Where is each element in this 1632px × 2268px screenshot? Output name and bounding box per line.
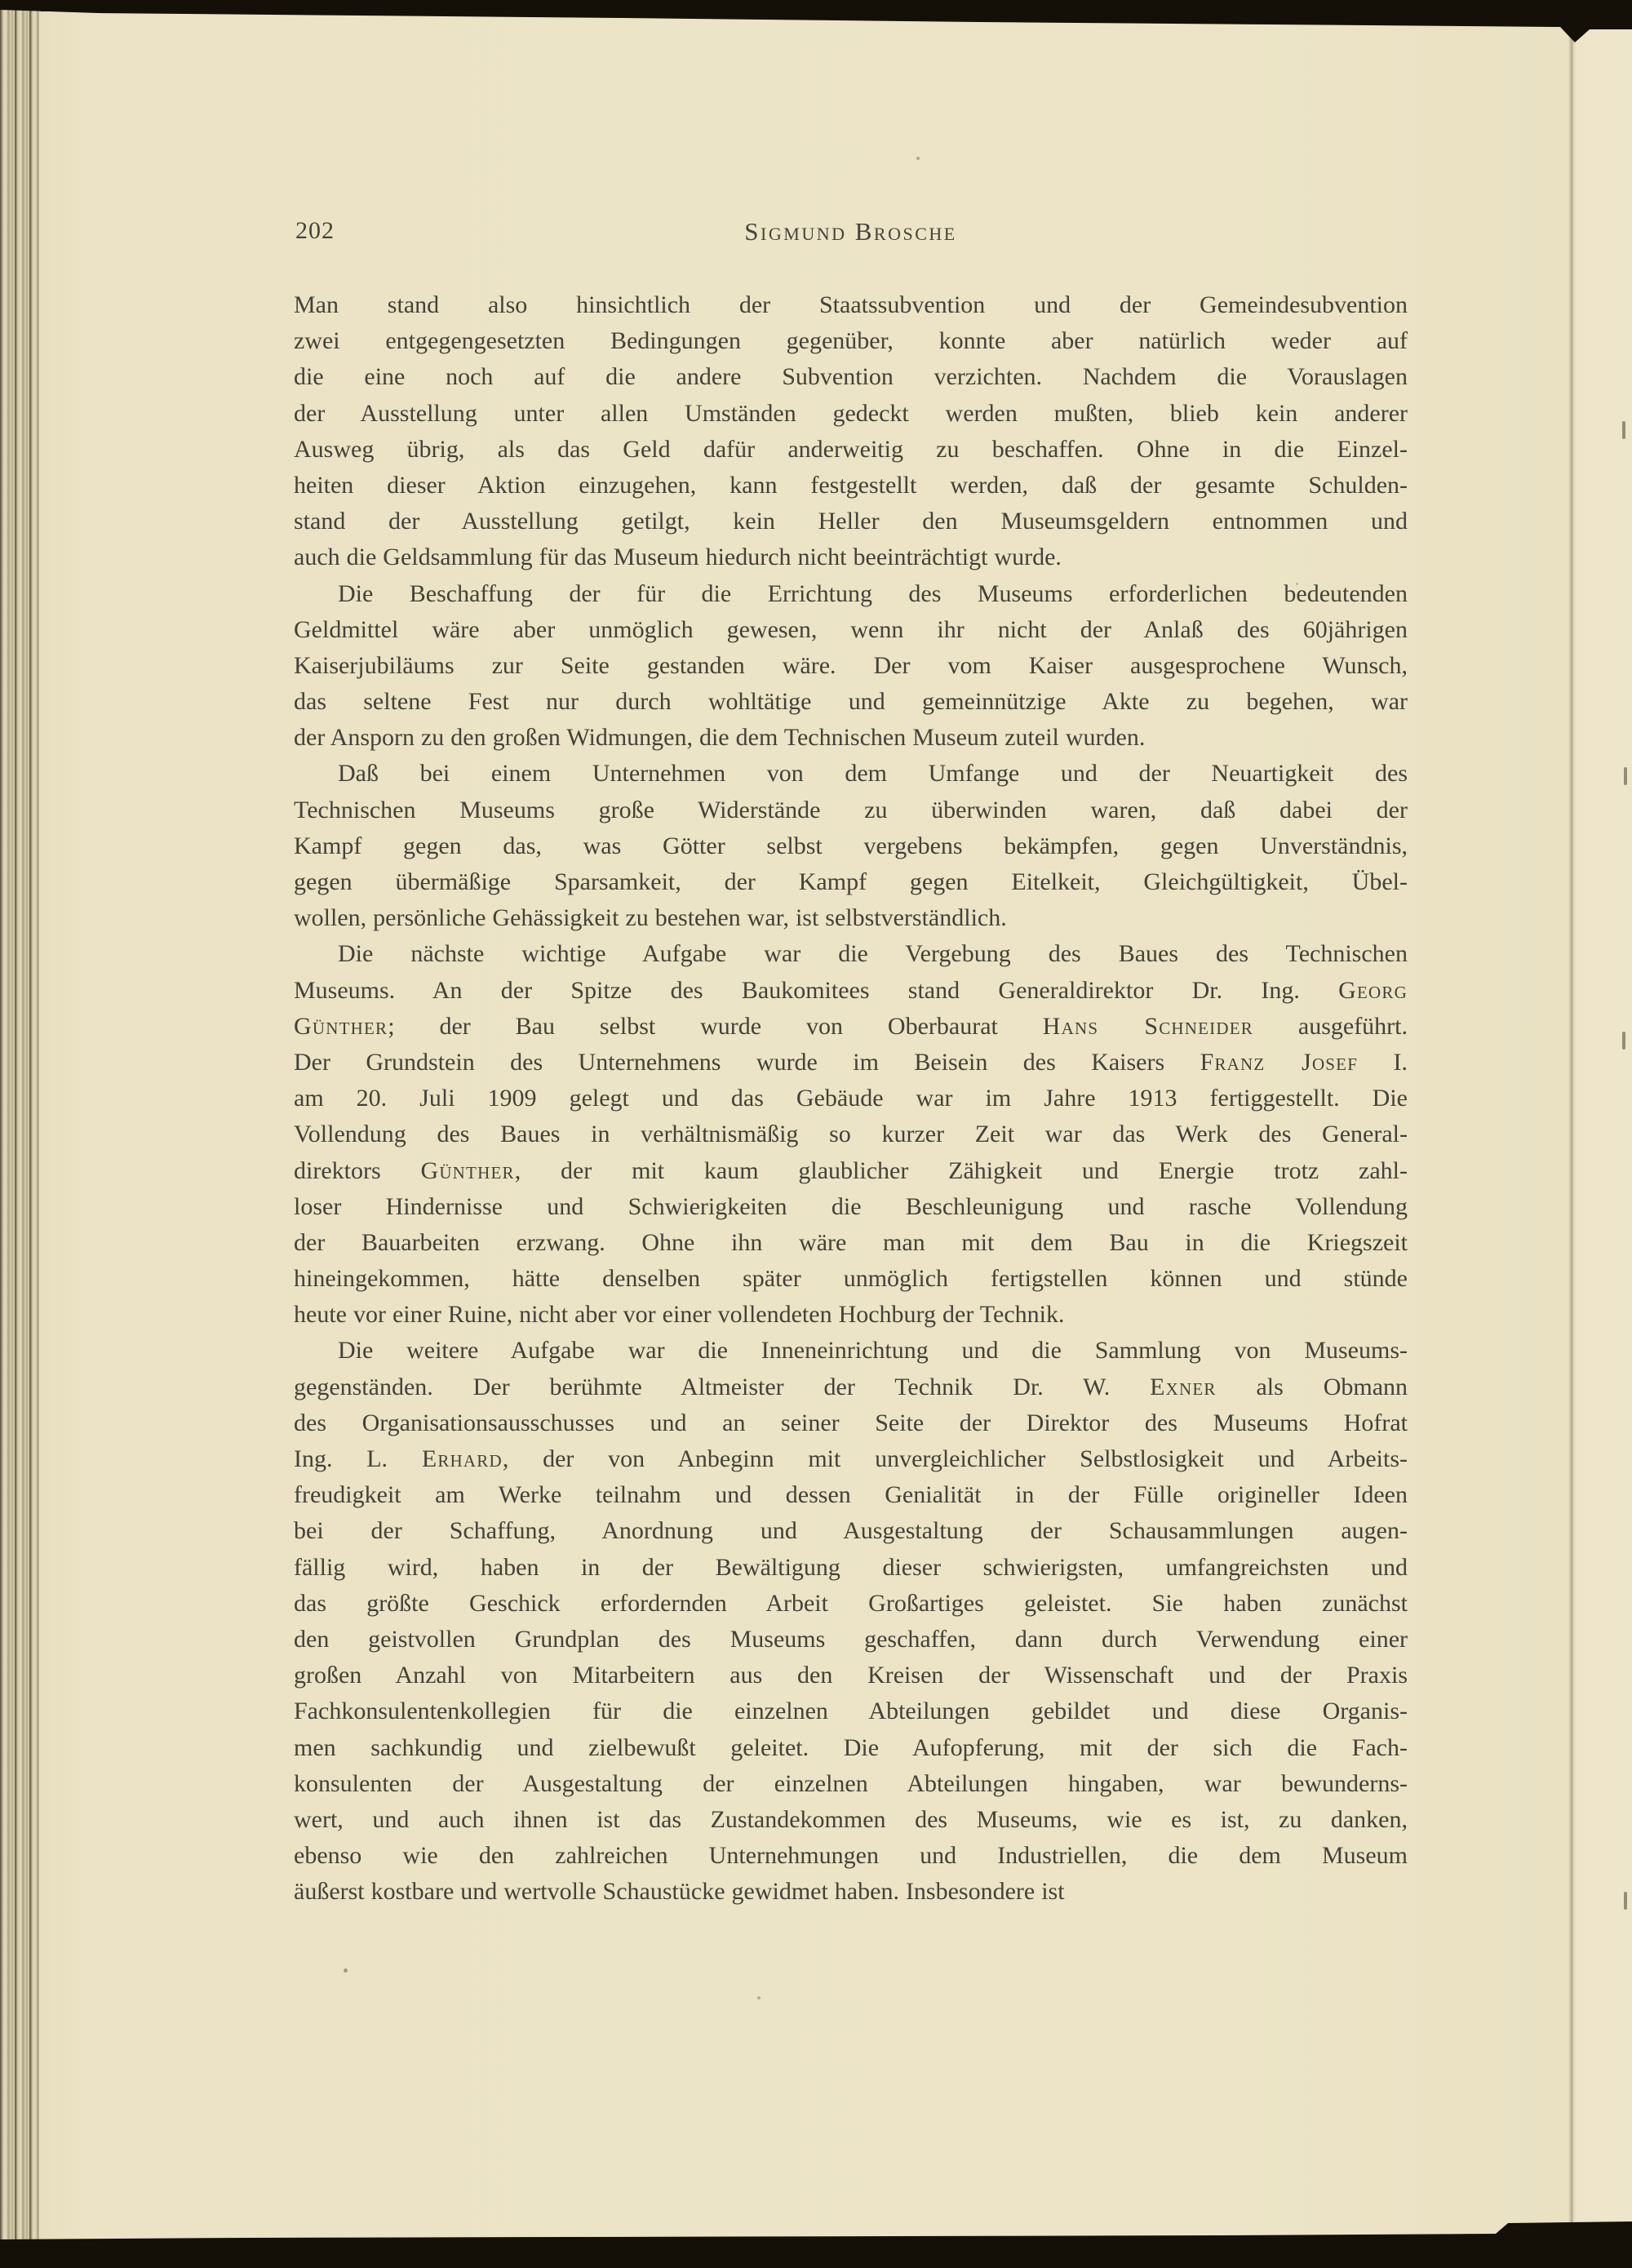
text-line: Man stand also hinsichtlich der Staatssu…	[294, 287, 1408, 323]
text-line: Ausweg übrig, als das Geld dafür anderwe…	[294, 432, 1408, 468]
text-line: die eine noch auf die andere Subvention …	[294, 359, 1408, 395]
text-line: Die weitere Aufgabe war die Inneneinrich…	[294, 1333, 1408, 1369]
page-paper: 202 Sigmund Brosche Man stand also hinsi…	[39, 11, 1632, 2241]
scan-edge-mark	[1624, 1892, 1627, 1910]
text-line: Daß bei einem Unternehmen von dem Umfang…	[294, 756, 1408, 792]
scan-edge-mark	[1624, 767, 1627, 785]
text-line: Günther; der Bau selbst wurde von Oberba…	[294, 1009, 1408, 1045]
text-line: fällig wird, haben in der Bewältigung di…	[294, 1550, 1408, 1586]
text-line: konsulenten der Ausgestaltung der einzel…	[294, 1766, 1408, 1802]
text-line: der Ausstellung unter allen Umständen ge…	[294, 396, 1408, 432]
scan-speck	[916, 157, 920, 160]
scan-speck	[757, 1996, 761, 1999]
text-line: gegenständen. Der berühmte Altmeister de…	[294, 1369, 1408, 1405]
text-line: der Bauarbeiten erzwang. Ohne ihn wäre m…	[294, 1225, 1408, 1261]
text-line: direktors Günther, der mit kaum glaublic…	[294, 1153, 1408, 1189]
book-page-stack-edge	[0, 8, 41, 2246]
text-block: Man stand also hinsichtlich der Staatssu…	[294, 287, 1408, 1910]
text-line: Fachkonsulentenkollegien für die einzeln…	[294, 1693, 1408, 1729]
text-line: das größte Geschick erfordernden Arbeit …	[294, 1586, 1408, 1622]
text-line: das seltene Fest nur durch wohltätige un…	[294, 684, 1408, 720]
text-line: wollen, persönliche Gehässigkeit zu best…	[294, 900, 1408, 936]
text-line: am 20. Juli 1909 gelegt und das Gebäude …	[294, 1081, 1408, 1116]
text-line: Die Beschaffung der für die Errichtung d…	[294, 576, 1408, 612]
scan-edge-mark	[1622, 1032, 1625, 1050]
running-header-author: Sigmund Brosche	[294, 217, 1408, 246]
text-line: Der Grundstein des Unternehmens wurde im…	[294, 1045, 1408, 1081]
scan-edge-mark	[1622, 421, 1625, 439]
text-line: auch die Geldsammlung für das Museum hie…	[294, 539, 1408, 575]
text-line: der Ansporn zu den großen Widmungen, die…	[294, 720, 1408, 756]
text-line: Technischen Museums große Widerstände zu…	[294, 792, 1408, 828]
text-line: hineingekommen, hätte denselben später u…	[294, 1261, 1408, 1297]
text-line: stand der Ausstellung getilgt, kein Hell…	[294, 504, 1408, 539]
text-line: heute vor einer Ruine, nicht aber vor ei…	[294, 1297, 1408, 1333]
text-line: großen Anzahl von Mitarbeitern aus den K…	[294, 1658, 1408, 1693]
scanned-book-page: 202 Sigmund Brosche Man stand also hinsi…	[0, 0, 1632, 2268]
text-line: Kampf gegen das, was Götter selbst verge…	[294, 828, 1408, 864]
text-line: Kaiserjubiläums zur Seite gestanden wäre…	[294, 648, 1408, 684]
text-line: gegen übermäßige Sparsamkeit, der Kampf …	[294, 864, 1408, 900]
running-head: 202 Sigmund Brosche	[294, 217, 1408, 253]
text-line: loser Hindernisse und Schwierigkeiten di…	[294, 1189, 1408, 1225]
text-line: men sachkundig und zielbewußt geleitet. …	[294, 1730, 1408, 1766]
text-line: Die nächste wichtige Aufgabe war die Ver…	[294, 936, 1408, 972]
text-line: des Organisationsausschusses und an sein…	[294, 1405, 1408, 1441]
scan-speck	[1296, 583, 1298, 585]
page-crease-line	[1568, 24, 1577, 2228]
scan-speck	[344, 1968, 348, 1973]
text-line: äußerst kostbare und wertvolle Schaustüc…	[294, 1874, 1408, 1910]
text-line: Ing. L. Erhard, der von Anbeginn mit unv…	[294, 1441, 1408, 1477]
text-line: ebenso wie den zahlreichen Unternehmunge…	[294, 1838, 1408, 1874]
text-line: wert, und auch ihnen ist das Zustandekom…	[294, 1802, 1408, 1838]
text-line: freudigkeit am Werke teilnahm und dessen…	[294, 1477, 1408, 1513]
text-line: Geldmittel wäre aber unmöglich gewesen, …	[294, 612, 1408, 648]
text-line: zwei entgegengesetzten Bedingungen gegen…	[294, 323, 1408, 359]
text-line: den geistvollen Grundplan des Museums ge…	[294, 1622, 1408, 1658]
text-line: bei der Schaffung, Anordnung und Ausgest…	[294, 1513, 1408, 1549]
text-line: Vollendung des Baues in verhältnismäßig …	[294, 1116, 1408, 1152]
text-line: heiten dieser Aktion einzugehen, kann fe…	[294, 468, 1408, 504]
text-line: Museums. An der Spitze des Baukomitees s…	[294, 973, 1408, 1009]
